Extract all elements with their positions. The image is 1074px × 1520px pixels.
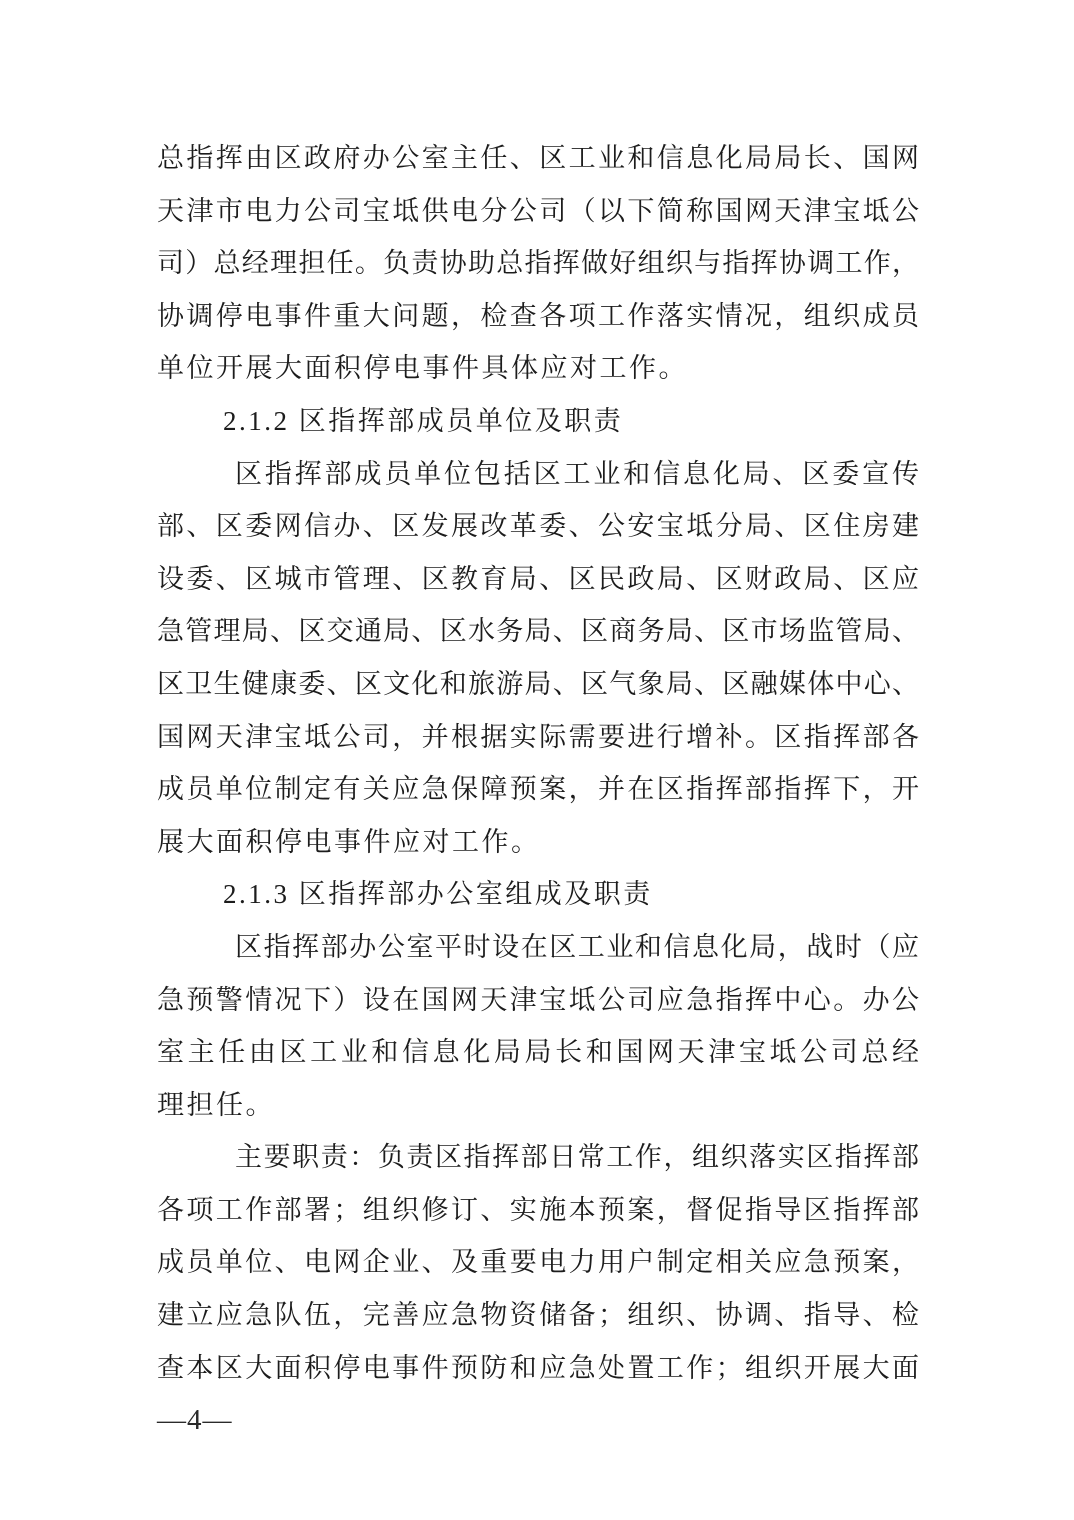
- text-line: 查本区大面积停电事件预防和应急处置工作；组织开展大面: [157, 1342, 919, 1395]
- text-line: 区卫生健康委、区文化和旅游局、区气象局、区融媒体中心、: [157, 658, 919, 711]
- text-line: 设委、区城市管理、区教育局、区民政局、区财政局、区应: [157, 553, 919, 606]
- text-line: 单位开展大面积停电事件具体应对工作。: [157, 342, 919, 395]
- text-line: 急预警情况下）设在国网天津宝坻公司应急指挥中心。办公: [157, 974, 919, 1027]
- text-line: 司）总经理担任。负责协助总指挥做好组织与指挥协调工作，: [157, 237, 919, 290]
- document-body: 总指挥由区政府办公室主任、区工业和信息化局局长、国网 天津市电力公司宝坻供电分公…: [157, 132, 919, 1394]
- text-line: 协调停电事件重大问题，检查各项工作落实情况，组织成员: [157, 290, 919, 343]
- page-footer: —4—: [157, 1404, 233, 1436]
- text-line: 急管理局、区交通局、区水务局、区商务局、区市场监管局、: [157, 605, 919, 658]
- text-line: 国网天津宝坻公司，并根据实际需要进行增补。区指挥部各: [157, 711, 919, 764]
- document-page: 总指挥由区政府办公室主任、区工业和信息化局局长、国网 天津市电力公司宝坻供电分公…: [0, 0, 1074, 1520]
- text-line: 区指挥部成员单位包括区工业和信息化局、区委宣传: [157, 448, 919, 501]
- text-line: 成员单位、电网企业、及重要电力用户制定相关应急预案，: [157, 1236, 919, 1289]
- text-line: 展大面积停电事件应对工作。: [157, 816, 919, 869]
- text-line: 室主任由区工业和信息化局局长和国网天津宝坻公司总经: [157, 1026, 919, 1079]
- text-line: 总指挥由区政府办公室主任、区工业和信息化局局长、国网: [157, 132, 919, 185]
- text-line: 成员单位制定有关应急保障预案，并在区指挥部指挥下，开: [157, 763, 919, 816]
- text-line: 区指挥部办公室平时设在区工业和信息化局，战时（应: [157, 921, 919, 974]
- text-line: 建立应急队伍，完善应急物资储备；组织、协调、指导、检: [157, 1289, 919, 1342]
- section-heading-2-1-3: 2.1.3 区指挥部办公室组成及职责: [157, 868, 919, 921]
- text-line: 主要职责：负责区指挥部日常工作，组织落实区指挥部: [157, 1131, 919, 1184]
- text-line: 各项工作部署；组织修订、实施本预案，督促指导区指挥部: [157, 1184, 919, 1237]
- page-number: —4—: [157, 1404, 233, 1436]
- text-line: 理担任。: [157, 1079, 919, 1132]
- text-line: 天津市电力公司宝坻供电分公司（以下简称国网天津宝坻公: [157, 185, 919, 238]
- section-heading-2-1-2: 2.1.2 区指挥部成员单位及职责: [157, 395, 919, 448]
- text-line: 部、区委网信办、区发展改革委、公安宝坻分局、区住房建: [157, 500, 919, 553]
